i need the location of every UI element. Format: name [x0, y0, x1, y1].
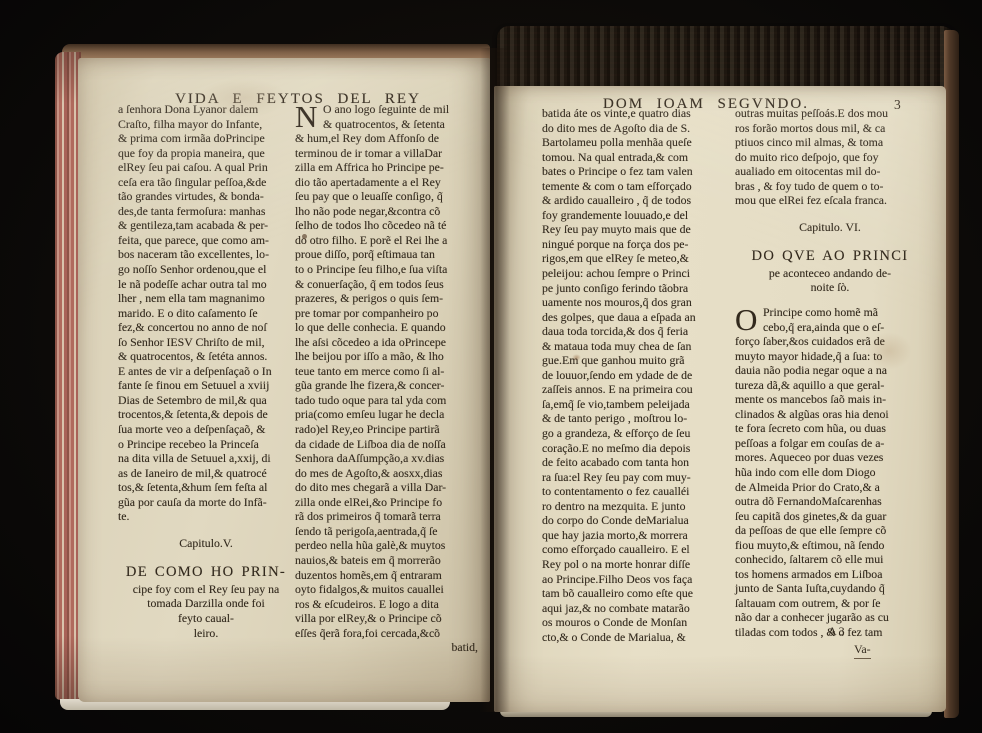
- text-line: tiladas com todos , & o fez tam: [735, 625, 925, 640]
- text-line: rã dos primeiros q̃ tomarã terra: [295, 509, 478, 524]
- text-line: forço ſaber,&os cuidados erã de: [735, 334, 925, 349]
- text-line: da cidade de Liſboa dia de noſſa: [295, 437, 478, 452]
- photo-background: VIDA E FEYTOS DEL REY a ſenhora Dona Lya…: [0, 0, 982, 733]
- left-page-column-1: a ſenhora Dona Lyanor dalemCraſto, filha…: [118, 102, 294, 640]
- text-line: nauios,& bateis em q̃ morrerão: [295, 553, 478, 568]
- text-line: to o Principe ſeu filho,e ſua viſta: [295, 262, 478, 277]
- text-line: coração.E no meſmo dia depois: [542, 441, 730, 456]
- text-line: do corpo do Conde deMarialua: [542, 513, 730, 528]
- text-line: que foy da propia maneira, que: [118, 146, 294, 161]
- text-line: mou que elRei fez eſcala franca.: [735, 193, 925, 208]
- text-line: cto,& o Conde de Marialua, &: [542, 630, 730, 645]
- text-line: te fora ſecreto com hũa, ou duas: [735, 421, 925, 436]
- text-line: feyto caual-: [118, 611, 294, 626]
- text-line: batida áte os vinte,e quatro dias: [542, 106, 730, 121]
- text-line: lo que delle conhecia. E quando: [295, 320, 478, 335]
- text-line: tomou. Na qual entrada,& com: [542, 150, 730, 165]
- text-line: ros & eſcudeiros. E logo a dita: [295, 597, 478, 612]
- text-line: gũa grande lhe fizera,& concer-: [295, 378, 478, 393]
- text-line: do muito rico deſpojo, que foy: [735, 150, 925, 165]
- text-line: junto de Santa Iuſta,cuydando q̃: [735, 581, 925, 596]
- text-line: cipe foy com el Rey ſeu pay na: [118, 582, 294, 597]
- text-line: Capitulo.V.: [118, 536, 294, 551]
- text-line: ra ſua:el Rey ſeu pay com muy-: [542, 470, 730, 485]
- text-line: le nã podeſſe achar outra tal mo: [118, 277, 294, 292]
- paper-fleck: [302, 234, 307, 239]
- text-line: tado tudo oque para tal yda com: [295, 393, 478, 408]
- text-line: Craſto, filha mayor do Infante,: [118, 117, 294, 132]
- book-top-page-edges: [497, 26, 955, 90]
- text-line: tão grandes virtudes, & bonda-: [118, 189, 294, 204]
- text-line: lho não pode negar,&contra cõ: [295, 204, 478, 219]
- text-line: & prima com irmãa doPrincipe: [118, 131, 294, 146]
- paper-fleck: [572, 354, 581, 361]
- text-line: & mataua toda muy chea de ſan: [542, 339, 730, 354]
- text-line: feita, que parece, que como am-: [118, 233, 294, 248]
- text-line: oyto fidalgos,& muitos cauallei: [295, 582, 478, 597]
- text-line: peſſoas a folgar em couſas de a-: [735, 436, 925, 451]
- text-line: tomada Darzilla onde foi: [118, 596, 294, 611]
- text-line: lhe aſsi cõcedeo a ida oPrincepe: [295, 335, 478, 350]
- text-line: villa por elRey,& o Principe cõ: [295, 611, 478, 626]
- text-line: tos,& ſetenta,&hum ſem feſta al: [118, 480, 294, 495]
- text-line: DO QVE AO PRINCI: [735, 249, 925, 266]
- text-line: leiro.: [118, 626, 294, 641]
- text-line: Bartolameu polla menhãa queſe: [542, 135, 730, 150]
- text-line: prazeres, & perigos o quis ſem-: [295, 291, 478, 306]
- text-line: peleijou: achou ſempre o Princi: [542, 266, 730, 281]
- text-line: ſua morte veo a deſpenſaçaõ, &: [118, 422, 294, 437]
- text-line: muyto mayor hidade,q̃ a ſua: to: [735, 349, 925, 364]
- text-line: de louuor,ſendo em ydade de de: [542, 368, 730, 383]
- text-line: dauia não podia negar oque a na: [735, 363, 925, 378]
- text-line: rigos,em que elRey ſe meteo,&: [542, 251, 730, 266]
- text-line: como eſforçado caualleiro. E el: [542, 542, 730, 557]
- text-line: ro dentro na mezquita. E junto: [542, 499, 730, 514]
- text-line: O ano logo ſeguinte de mil: [295, 102, 478, 117]
- text-line: fez,& concertou no anno de noſ: [118, 320, 294, 335]
- text-line: zilla onde elRei,&o Principe fo: [295, 495, 478, 510]
- text-line: Capitulo. VI.: [735, 220, 925, 235]
- text-line: de feito acabado com tanta hon: [542, 455, 730, 470]
- text-line: ningué porque na força dos pe-: [542, 237, 730, 252]
- text-line: noite ſò.: [735, 280, 925, 295]
- text-line: ſeu pay que o leuaſſe conſigo, q̃: [295, 189, 478, 204]
- right-page: DOM IOAM SEGVNDO. 3 batida áte os vinte,…: [494, 86, 946, 712]
- text-line: & gentileza,tam acabada & per-: [118, 218, 294, 233]
- right-running-header: DOM IOAM SEGVNDO.: [522, 96, 890, 113]
- text-line: E antes de vir a deſpenſaçaõ o In: [118, 364, 294, 379]
- text-line: pe aconteceo andando de-: [735, 266, 925, 281]
- text-line: daua toda torcida,& dos q̃ feria: [542, 324, 730, 339]
- text-line: & quatrocentos, & ſetenta: [295, 117, 478, 132]
- text-line: DE COMO HO PRIN-: [118, 565, 294, 582]
- text-line: trocentos,& ſetenta,& depois de: [118, 407, 294, 422]
- text-line: do dito mes chegarã a villa Dar-: [295, 480, 478, 495]
- gathering-signature: A3: [828, 624, 847, 639]
- text-line: batid,: [295, 640, 478, 655]
- text-line: pe junto conſigo ferindo tãobra: [542, 281, 730, 296]
- text-line: o Principe recebeo la Princeſa: [118, 437, 294, 452]
- text-line: do dito mes de Agoſto dia de S.: [542, 121, 730, 136]
- text-line: fiou muyto,& eſtimou, nã ſendo: [735, 538, 925, 553]
- text-line: os mouros o Conde de Monſan: [542, 615, 730, 630]
- left-page: VIDA E FEYTOS DEL REY a ſenhora Dona Lya…: [78, 58, 490, 702]
- text-line: aqui jaz,& no combate matarão: [542, 601, 730, 616]
- text-line: tos homens armados em Liſboa: [735, 567, 925, 582]
- text-line: ceſa era tão ſingular peſſoa,&de: [118, 175, 294, 190]
- text-line: ros forão mortos dous mil, & ca: [735, 121, 925, 136]
- text-line: elRey ſeu pai caſou. A qual Prin: [118, 160, 294, 175]
- right-page-column-2: outras muitas peſſoás.E dos mouros forão…: [735, 106, 925, 640]
- text-line: & ardido caualleiro , q̃ de todos: [542, 193, 730, 208]
- text-line: de Almeida Prior do Crato,& a: [735, 480, 925, 495]
- text-line: tam bõ caualleiro como eſte que: [542, 586, 730, 601]
- text-line: mores. Aqueceo por duas vezes: [735, 450, 925, 465]
- text-line: ao Principe.Filho Deos vos faça: [542, 572, 730, 587]
- text-line: & hum,el Rey dom Affonſo de: [295, 131, 478, 146]
- text-line: ſo Senhor IESV Chriſto de mil,: [118, 335, 294, 350]
- text-line: perdeo nella hũa galè,& muytos: [295, 538, 478, 553]
- text-line: to contentamento o fez caualléi: [542, 484, 730, 499]
- text-line: des golpes, que daua a eſpada an: [542, 310, 730, 325]
- text-line: Rey pol o na morte honrar diſſe: [542, 557, 730, 572]
- text-line: conhecido, ſaltarem cõ elle mui: [735, 552, 925, 567]
- catchword: Va-: [854, 642, 871, 659]
- text-line: pria(como emſeu lugar he decla: [295, 407, 478, 422]
- text-line: cebo,q̃ era,ainda que o eſ-: [735, 320, 925, 335]
- text-line: ptiuos cinco mil almas, & toma: [735, 135, 925, 150]
- right-page-column-1: batida áte os vinte,e quatro diasdo dito…: [542, 106, 730, 644]
- left-running-header: VIDA E FEYTOS DEL REY: [116, 91, 480, 108]
- text-line: lhe beijou por iſſo a mão, & lho: [295, 349, 478, 364]
- text-line: temente & com o tam eſforçado: [542, 179, 730, 194]
- text-line: na dita villa de Setuuel a,xxij, di: [118, 451, 294, 466]
- text-line: go noſſo Senhor ordenou,que el: [118, 262, 294, 277]
- text-line: marido. E o dito caſamento ſe: [118, 306, 294, 321]
- text-line: proue diſſo, porq̃ eſtimaua tan: [295, 247, 478, 262]
- text-line: ſendo tã perigoſa,aentrada,q̃ ſe: [295, 524, 478, 539]
- text-line: mente os mancebos ſaõ mais in-: [735, 392, 925, 407]
- text-line: da peſſoas de que elle ſempre cõ: [735, 523, 925, 538]
- text-line: outras muitas peſſoás.E dos mou: [735, 106, 925, 121]
- text-line: ſaltauam com outrem, & por ſe: [735, 596, 925, 611]
- text-line: uamente nos mouros,q̃ dos gran: [542, 295, 730, 310]
- text-line: gũa por cauſa da morte do Infã-: [118, 495, 294, 510]
- text-line: outra dõ FernandoMaſcarenhas: [735, 494, 925, 509]
- text-line: não dar a conhecer jugarão as cu: [735, 610, 925, 625]
- right-cover-edge: [944, 30, 959, 718]
- text-line: tureza dã,& aquillo a que geral-: [735, 378, 925, 393]
- text-line: Principe como homẽ mã: [735, 305, 925, 320]
- text-line: ſa,emq̃ ſe vio,tambem peleijada: [542, 397, 730, 412]
- text-line: as de Ianeiro de mil,& quatrocé: [118, 466, 294, 481]
- text-line: gue.Em que ganhou muito grã: [542, 353, 730, 368]
- text-line: a ſenhora Dona Lyanor dalem: [118, 102, 294, 117]
- gutter-shadow: [480, 48, 510, 712]
- text-line: aualiado em oitocentas mil do-: [735, 164, 925, 179]
- text-line: des,de tanta fermoſura: manhas: [118, 204, 294, 219]
- text-line: duzentos homẽs,em q̃ entraram: [295, 568, 478, 583]
- text-line: hũa indo com elle dom Diogo: [735, 465, 925, 480]
- text-line: teue tanto em merce como ſi al-: [295, 364, 478, 379]
- text-line: te.: [118, 509, 294, 524]
- text-line: eſſes q̃erã fora,foi cercada,&cõ: [295, 626, 478, 641]
- text-line: terminou de ir tomar a villaDar: [295, 146, 478, 161]
- text-line: zaſſeis annos. E na primeira cou: [542, 382, 730, 397]
- text-line: ſelho de todos lho cõcedeo nã té: [295, 218, 478, 233]
- text-line: que hay jazia morto,& morrera: [542, 528, 730, 543]
- text-line: zilla em Affrica ho Principe pe-: [295, 160, 478, 175]
- left-page-column-2: NO ano logo ſeguinte de mil& quatrocento…: [295, 102, 478, 655]
- text-line: ſeu capitã dos ginetes,& da guar: [735, 509, 925, 524]
- text-line: Dias de Setembro de mil,& qua: [118, 393, 294, 408]
- text-line: & conuerſação, q̃ em todos ſeus: [295, 277, 478, 292]
- text-line: bras , & foy tudo de quem o to-: [735, 179, 925, 194]
- text-line: Senhora daAſſumpção,a xv.dias: [295, 451, 478, 466]
- text-line: & quatrocentos, & ſetéta annos.: [118, 349, 294, 364]
- text-line: Rey ſeu pay muyto mais que de: [542, 222, 730, 237]
- text-line: & de tanto perigo , moſtrou lo-: [542, 411, 730, 426]
- text-line: dio tão apertadamente a el Rey: [295, 175, 478, 190]
- text-line: foy grandemente louuado,e del: [542, 208, 730, 223]
- paper-discoloration: [198, 78, 288, 118]
- text-line: lher , nem ella tam magnanimo: [118, 291, 294, 306]
- text-line: pre tomar por companheiro po: [295, 306, 478, 321]
- text-line: bates o Principe o fez tam valen: [542, 164, 730, 179]
- text-line: bos naceram tão excellentes, lo-: [118, 247, 294, 262]
- text-line: go a grandeza, & eſforço de ſeu: [542, 426, 730, 441]
- text-line: do otro filho. E porẽ el Rei lhe a: [295, 233, 478, 248]
- text-line: rado)el Rey,eo Principe partirã: [295, 422, 478, 437]
- paper-discoloration: [866, 332, 912, 370]
- text-line: fante ſe finou em Setuuel a xviij: [118, 378, 294, 393]
- page-number: 3: [894, 97, 901, 113]
- text-line: clinados & algũas oras hia denoi: [735, 407, 925, 422]
- text-line: do mes de Agoſto,& aosxx,dias: [295, 466, 478, 481]
